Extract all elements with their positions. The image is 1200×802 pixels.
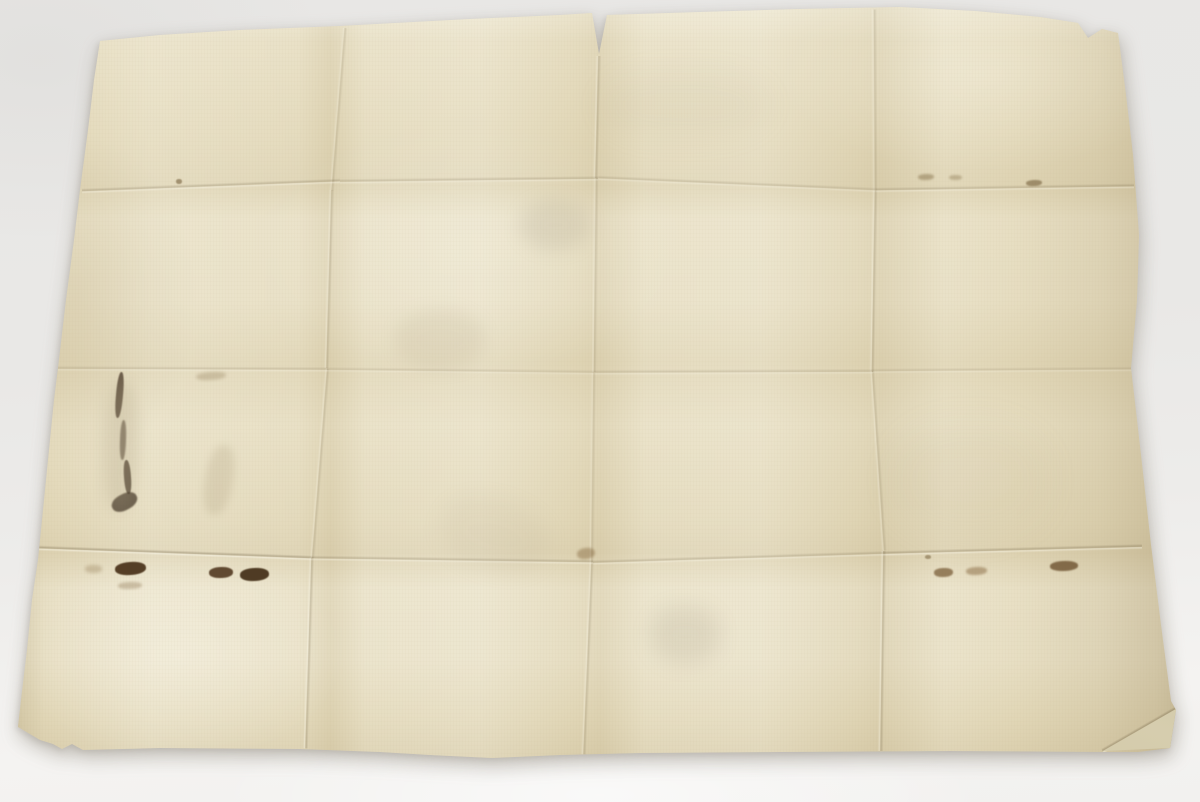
- stain-blob-3: [240, 567, 270, 581]
- stain-tone-patch-1: [600, 70, 770, 140]
- stain-blob-dots-2: [85, 565, 102, 573]
- paper-sheet: [0, 0, 1200, 802]
- paper-shadow: [0, 0, 1200, 802]
- stain-ink-streak-2: [119, 420, 126, 460]
- stain-top-speck-1: [918, 174, 934, 181]
- stain-crease-stain-1: [934, 568, 953, 578]
- stain-ink-smear: [102, 381, 140, 510]
- stain-speckle-trail-1: [196, 371, 226, 381]
- stain-blob-2: [209, 567, 233, 579]
- stain-water-stain-1: [395, 310, 485, 370]
- stain-smudge-grey-2: [650, 606, 720, 664]
- stain-crease-stain-3: [1050, 561, 1078, 572]
- stain-tone-patch-2: [890, 420, 1050, 540]
- stain-ink-streak-3: [123, 460, 132, 494]
- stain-smudge-grey-1: [520, 200, 590, 250]
- stain-water-stain-2: [433, 487, 557, 583]
- stain-centre-fold-mark: [576, 547, 595, 560]
- stain-fold-dot: [176, 179, 182, 184]
- stain-top-speck-3: [1026, 180, 1042, 187]
- stain-ink-hook: [109, 489, 140, 516]
- stain-top-speck-2: [949, 175, 962, 180]
- stain-crease-speck: [925, 555, 931, 559]
- stain-ink-streak-1: [114, 372, 125, 418]
- stain-blob-1: [115, 561, 147, 576]
- stain-blob-dots-1: [118, 582, 142, 590]
- stain-crease-stain-2: [966, 566, 987, 575]
- stains-layer: [0, 0, 1200, 802]
- stain-speckle-trail-2: [199, 443, 239, 517]
- photo-backdrop: [0, 0, 1200, 802]
